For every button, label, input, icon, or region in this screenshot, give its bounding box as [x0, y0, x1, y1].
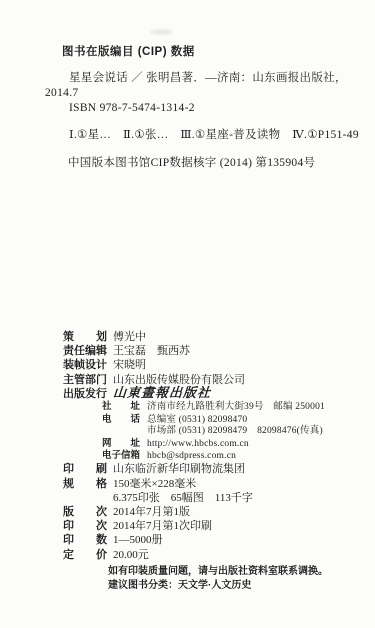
row-value: 150毫米×228毫米	[113, 477, 196, 491]
publisher-logotype: 山東畫報出版社	[112, 387, 211, 402]
row-label: 电子信箱	[102, 450, 140, 461]
row-value: 2014年7月第1次印刷	[113, 519, 212, 533]
row-format-cont: 6.375印张 65幅图 113千字	[63, 491, 363, 505]
row-label: 印数	[63, 533, 107, 547]
row-print-run: 印数 1—5000册	[63, 533, 363, 547]
row-price: 定价 20.00元	[63, 548, 363, 562]
quality-note-line: 如有印装质量问题，请与出版社资料室联系调换。	[108, 565, 328, 579]
cip-header: 图书在版编目 (CIP) 数据	[62, 43, 195, 59]
row-label: 规格	[63, 477, 107, 491]
row-publisher: 出版发行 山東畫報出版社	[63, 387, 363, 402]
row-value: 山东出版传媒股份有限公司	[113, 373, 245, 387]
row-address: 社址 济南市经九路胜利大街39号 邮编 250001	[63, 401, 363, 413]
cip-record: 星星会说话 ／ 张明昌著．—济南：山东画报出版社， 2014.7 ISBN 97…	[45, 71, 355, 171]
row-value: 宋晓明	[113, 358, 146, 372]
row-value: hbcb@sdpress.com.cn	[147, 451, 236, 462]
row-label: 版次	[63, 505, 107, 519]
cip-registry-number: 中国版本图书馆CIP数据核字 (2014) 第135904号	[45, 156, 355, 171]
row-label: 主管部门	[63, 373, 107, 387]
row-value: 2014年7月第1版	[113, 505, 190, 519]
row-value: 山东临沂新华印刷物流集团	[113, 462, 245, 476]
row-value: 傅光中	[113, 330, 146, 344]
row-label: 责任编辑	[63, 344, 107, 358]
row-value: 20.00元	[113, 548, 149, 562]
row-phone: 电话 总编室 (0531) 82098470	[63, 414, 363, 426]
row-phone-cont: 市场部 (0531) 82098479 82098476(传真)	[63, 426, 363, 437]
row-label: 印刷	[63, 462, 107, 476]
scan-smudge	[150, 29, 172, 35]
row-value: 1—5000册	[113, 533, 163, 547]
row-value: 市场部 (0531) 82098479 82098476(传真)	[147, 426, 323, 437]
cip-title-line: 星星会说话 ／ 张明昌著．—济南：山东画报出版社，	[45, 71, 355, 86]
row-value: 6.375印张 65幅图 113千字	[113, 491, 253, 505]
cip-classification: Ⅰ.①星… Ⅱ.①张… Ⅲ.①星座-普及读物 Ⅳ.①P151-49	[45, 128, 355, 143]
cip-title-line-cont: 2014.7	[45, 86, 355, 101]
row-label: 网址	[102, 438, 140, 449]
row-value: 王宝磊 甄西苏	[113, 344, 190, 358]
row-format: 规格 150毫米×228毫米	[63, 477, 363, 491]
row-label: 装帧设计	[63, 358, 107, 372]
copyright-page: 图书在版编目 (CIP) 数据 星星会说话 ／ 张明昌著．—济南：山东画报出版社…	[0, 0, 375, 628]
row-label: 社址	[102, 401, 140, 412]
row-supervisor: 主管部门 山东出版传媒股份有限公司	[63, 373, 363, 387]
row-impression: 印次 2014年7月第1次印刷	[63, 519, 363, 533]
cip-isbn: ISBN 978-7-5474-1314-2	[45, 101, 355, 116]
row-editor: 责任编辑 王宝磊 甄西苏	[63, 344, 363, 358]
row-label: 电话	[102, 414, 140, 425]
row-printer: 印刷 山东临沂新华印刷物流集团	[63, 462, 363, 476]
row-label: 印次	[63, 519, 107, 533]
row-designer: 装帧设计 宋晓明	[63, 358, 363, 372]
row-label: 定价	[63, 548, 107, 562]
row-value: 济南市经九路胜利大街39号 邮编 250001	[147, 402, 325, 413]
category-suggestion-line: 建议图书分类：天文学·人文历史	[108, 579, 328, 593]
row-planner: 策划 傅光中	[63, 330, 363, 344]
row-value: http://www.hbcbs.com.cn	[147, 439, 249, 450]
row-value: 总编室 (0531) 82098470	[147, 415, 247, 426]
quality-notes: 如有印装质量问题，请与出版社资料室联系调换。 建议图书分类：天文学·人文历史	[108, 565, 328, 592]
row-label: 策划	[63, 330, 107, 344]
publication-info: 策划 傅光中 责任编辑 王宝磊 甄西苏 装帧设计 宋晓明 主管部门 山东出版传媒…	[63, 330, 363, 562]
row-website: 网址 http://www.hbcbs.com.cn	[63, 438, 363, 450]
row-email: 电子信箱 hbcb@sdpress.com.cn	[63, 450, 363, 462]
row-edition: 版次 2014年7月第1版	[63, 505, 363, 519]
row-label: 出版发行	[63, 387, 107, 402]
